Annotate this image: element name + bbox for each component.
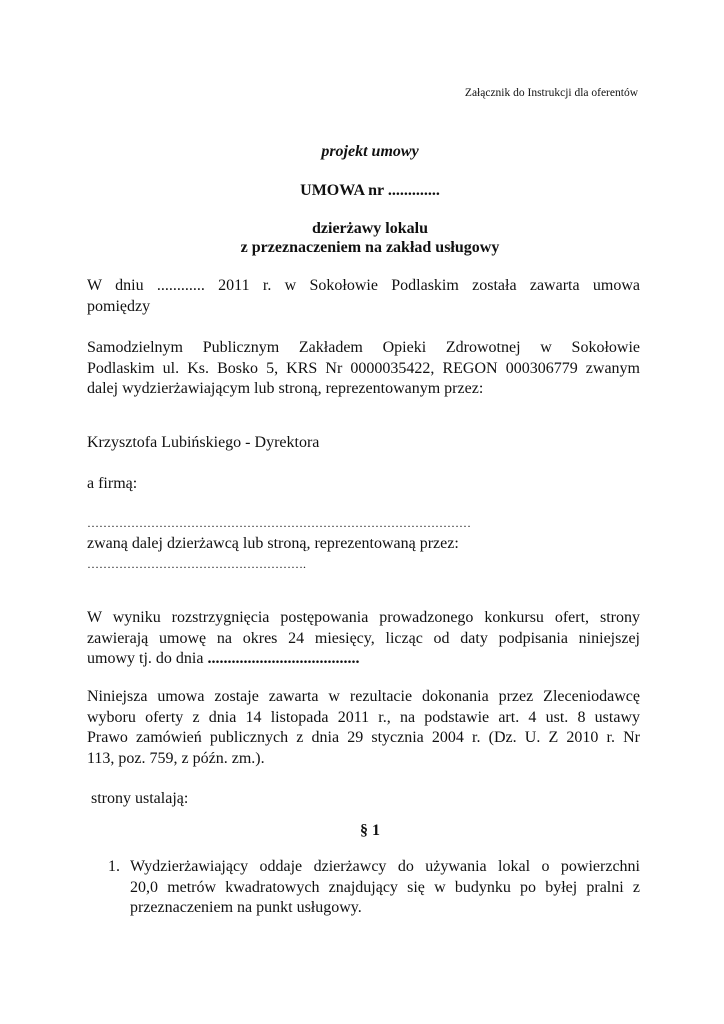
basis-line: wyboru oferty z dnia 14 listopada 2011 r…	[87, 708, 640, 729]
party2-representative-placeholder: ……………………………………………….	[87, 554, 640, 574]
list-item-line: przeznaczeniem na punkt usługowy.	[130, 898, 640, 919]
intro-line: W dniu ............ 2011 r. w Sokołowie …	[87, 276, 640, 297]
intro-paragraph: W dniu ............ 2011 r. w Sokołowie …	[87, 276, 640, 317]
term-end-date-dots: ......................................	[207, 650, 359, 667]
party2-text-line: zwaną dalej dzierżawcą lub stroną, repre…	[87, 534, 640, 555]
parties-agree: strony ustalają:	[91, 789, 644, 810]
representative: Krzysztofa Lubińskiego - Dyrektora	[87, 433, 640, 454]
firm-label-text: a firmą:	[87, 474, 640, 495]
parties-agree-text: strony ustalają:	[91, 789, 644, 810]
term-line: zawierają umowę na okres 24 miesięcy, li…	[87, 629, 640, 650]
document-page: Załącznik do Instrukcji dla oferentów pr…	[0, 0, 724, 1024]
party1-line: Podlaskim ul. Ks. Bosko 5, KRS Nr 000003…	[87, 359, 640, 380]
list-item: Wydzierżawiający oddaje dzierżawcy do uż…	[130, 857, 640, 919]
contract-subtitle-line1: dzierżawy lokalu	[8, 219, 724, 238]
firm-label: a firmą:	[87, 474, 640, 495]
term-paragraph: W wyniku rozstrzygnięcia postępowania pr…	[87, 608, 640, 670]
basis-line: Prawo zamówień publicznych z dnia 29 sty…	[87, 728, 640, 749]
basis-paragraph: Niniejsza umowa zostaje zawarta w rezult…	[87, 687, 640, 769]
term-line3-prefix: umowy tj. do dnia	[87, 650, 207, 667]
basis-line: Niniejsza umowa zostaje zawarta w rezult…	[87, 687, 640, 708]
contract-title: UMOWA nr .............	[8, 181, 724, 200]
project-label: projekt umowy	[8, 142, 724, 161]
list-item-number: 1.	[108, 857, 120, 878]
annex-label: Załącznik do Instrukcji dla oferentów	[465, 86, 638, 100]
party1-line: dalej wydzierżawiającym lub stroną, repr…	[87, 379, 640, 400]
party2-text: zwaną dalej dzierżawcą lub stroną, repre…	[87, 534, 640, 555]
list-item-line: Wydzierżawiający oddaje dzierżawcy do uż…	[130, 857, 640, 878]
firm-placeholder-dots: ……………………………………………………………………………………	[87, 513, 631, 533]
term-line: umowy tj. do dnia ......................…	[87, 649, 640, 670]
firm-placeholder: ……………………………………………………………………………………	[87, 513, 640, 533]
contract-subtitle-line2: z przeznaczeniem na zakład usługowy	[8, 238, 724, 257]
party1-line: Samodzielnym Publicznym Zakładem Opieki …	[87, 338, 640, 359]
party2-representative-dots: ……………………………………………….	[87, 554, 417, 574]
representative-name: Krzysztofa Lubińskiego - Dyrektora	[87, 433, 640, 454]
term-line: W wyniku rozstrzygnięcia postępowania pr…	[87, 608, 640, 629]
intro-line: pomiędzy	[87, 297, 640, 318]
basis-line: 113, poz. 759, z późn. zm.).	[87, 749, 640, 770]
party1-paragraph: Samodzielnym Publicznym Zakładem Opieki …	[87, 338, 640, 400]
section-1-heading: § 1	[8, 821, 724, 840]
list-item-line: 20,0 metrów kwadratowych znajdujący się …	[130, 878, 640, 899]
